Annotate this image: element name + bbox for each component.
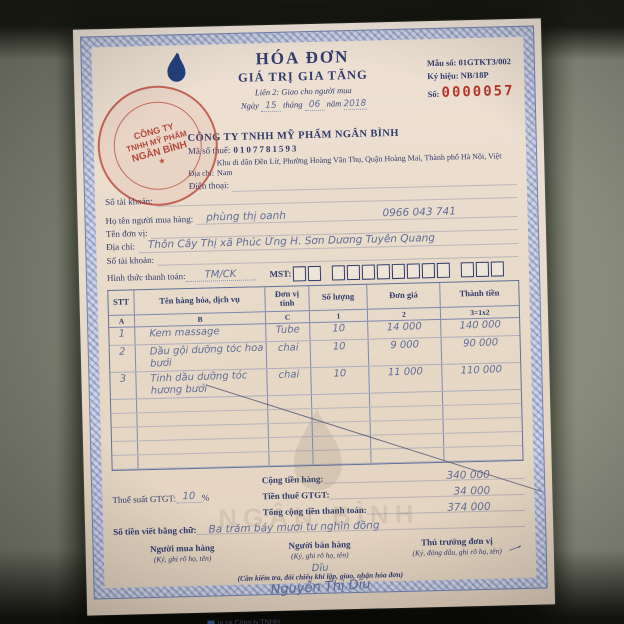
invoice-title: HÓA ĐƠN	[237, 47, 367, 70]
form-value: 01GTKT3/002	[458, 56, 511, 67]
col-header-qty: Số lượng	[309, 284, 368, 309]
mst-box	[362, 264, 375, 279]
amount-in-words-field: Ba trăm bảy mươi tư nghìn đồng	[197, 526, 526, 535]
mst-label: MST:	[269, 269, 291, 280]
payment-label: Hình thức thanh toán:	[107, 271, 186, 283]
vat-rate-label: Thuế suất GTGT:	[112, 493, 176, 505]
col-header-price: Đơn giá	[367, 283, 441, 309]
item-price: 9 000	[371, 338, 439, 352]
invoice-header: CÔNG TY TNHH MỸ PHẨM NGÂN BÌNH ★ HÓA ĐƠN…	[101, 41, 515, 135]
percent-sign: %	[202, 492, 210, 502]
code-price: 2	[368, 308, 441, 321]
buyer-section: Họ tên người mua hàng: phùng thị oanh 09…	[105, 206, 519, 286]
item-stt: 2	[112, 346, 133, 358]
grand-total-handwritten: 374 000	[447, 500, 491, 513]
buyer-name-handwritten: phùng thị oanh	[206, 210, 286, 225]
serial-label: Ký hiệu:	[427, 70, 459, 81]
mst-box	[347, 265, 360, 280]
vat-handwritten: 34 000	[453, 484, 490, 497]
item-name: Kem massage	[149, 324, 263, 339]
seller-tax-code: 0107781593	[233, 143, 298, 156]
date-month-label: tháng	[283, 99, 303, 109]
stamp-star-icon: ★	[158, 157, 166, 166]
invoice-paper: CÔNG TY TNHH MỸ PHẨM NGÂN BÌNH ★ HÓA ĐƠN…	[73, 18, 555, 615]
water-drop-logo-icon	[163, 51, 188, 89]
number-label: Số:	[428, 88, 440, 98]
item-stt: 3	[112, 373, 133, 385]
subtotal-label: Cộng tiền hàng:	[262, 474, 324, 485]
buyer-address-label: Địa chỉ:	[106, 242, 135, 254]
invoice-subtitle: GIÁ TRỊ GIA TĂNG	[238, 68, 368, 86]
item-name: Dầu gội dưỡng tóc hoa bưởi	[150, 342, 265, 369]
code-unit: C	[266, 311, 310, 323]
item-qty: 10	[312, 322, 365, 335]
number-line: Số: 0000057	[427, 81, 514, 104]
mst-box	[407, 263, 420, 278]
amount-in-words-handwritten: Ba trăm bảy mươi tư nghìn đồng	[208, 519, 379, 535]
item-unit: chai	[269, 342, 308, 355]
item-amount: 90 000	[444, 336, 518, 350]
date-day-handwritten: 15	[261, 101, 281, 112]
mst-box	[476, 261, 489, 276]
date-line: Ngày 15 tháng 06 năm 2018	[239, 98, 369, 113]
buyer-company-label: Tên đơn vị:	[106, 228, 148, 240]
vat-label: Tiền thuế GTGT:	[262, 489, 329, 501]
mst-box	[332, 265, 345, 280]
item-amount: 110 000	[444, 363, 518, 377]
guilloche-border: CÔNG TY TNHH MỸ PHẨM NGÂN BÌNH ★ HÓA ĐƠN…	[80, 26, 548, 600]
payment-handwritten: TM/CK	[185, 269, 255, 283]
code-stt: A	[109, 315, 135, 327]
item-price: 11 000	[371, 365, 439, 379]
date-year-handwritten: 2018	[343, 99, 366, 111]
form-label: Mẫu số:	[427, 57, 457, 68]
col-header-amount: Thành tiền	[440, 281, 519, 307]
mst-box	[293, 266, 306, 281]
code-amount: 3=1x2	[441, 306, 519, 319]
col-header-unit: Đơn vị tính	[265, 286, 310, 311]
amount-in-words-label: Số tiền viết bằng chữ:	[113, 525, 197, 537]
col-header-name: Tên hàng hóa, dịch vụ	[134, 287, 266, 314]
title-block: HÓA ĐƠN GIÁ TRỊ GIA TĂNG Liên 2: Giao ch…	[237, 47, 368, 113]
items-table: NGÂN BÌNH STT Tên hàng hóa, dịch vụ Đơn …	[107, 280, 523, 471]
item-unit: Tube	[268, 324, 307, 337]
buyer-signature-note: (Ký, ghi rõ họ, tên)	[114, 552, 252, 564]
printer-credit-text: In tại Công ty TNHH	[217, 619, 280, 624]
item-amount: 140 000	[443, 318, 517, 332]
code-qty: 1	[310, 309, 368, 321]
date-prefix: Ngày	[241, 100, 259, 110]
mst-box	[422, 263, 435, 278]
mst-box	[377, 264, 390, 279]
mst-box	[461, 262, 474, 277]
item-price: 14 000	[370, 320, 438, 334]
photo-scene: CÔNG TY TNHH MỸ PHẨM NGÂN BÌNH ★ HÓA ĐƠN…	[0, 0, 624, 624]
buyer-phone-handwritten: 0966 043 741	[382, 205, 456, 220]
mst-box	[437, 262, 450, 277]
item-qty: 10	[313, 340, 366, 353]
totals-section: Cộng tiền hàng: 340 000 Thuế suất GTGT: …	[112, 463, 525, 537]
serial-value: NB/18P	[461, 69, 489, 80]
invoice-body: CÔNG TY TNHH MỸ PHẨM NGÂN BÌNH ★ HÓA ĐƠN…	[91, 37, 536, 588]
invoice-number: 0000057	[441, 83, 514, 101]
item-unit: chai	[269, 369, 308, 382]
vat-rate-handwritten: 10	[176, 491, 202, 504]
col-header-stt: STT	[108, 290, 135, 315]
date-month-handwritten: 06	[304, 100, 324, 111]
seller-signature-note: (Ký, ghi rõ họ, tên)	[251, 549, 389, 561]
buyer-name-label: Họ tên người mua hàng:	[105, 214, 193, 227]
copy-note: Liên 2: Giao cho người mua	[238, 85, 368, 98]
date-year-label: năm	[327, 98, 342, 108]
stamp-text: CÔNG TY TNHH MỸ PHẨM NGÂN BÌNH ★	[104, 92, 212, 200]
printer-credit-line: In tại Công ty TNHH	[207, 619, 280, 624]
mst-box	[491, 261, 504, 276]
director-signature-note: (Ký, đóng dấu, ghi rõ họ, tên)	[388, 546, 526, 558]
mst-box	[308, 266, 321, 281]
form-number-line: Mẫu số: 01GTKT3/002	[427, 55, 514, 70]
mst-group: MST:	[269, 261, 504, 282]
item-stt: 1	[111, 328, 132, 340]
item-qty: 10	[313, 367, 366, 380]
printer-logo-icon	[207, 621, 214, 624]
mst-box	[392, 264, 405, 279]
item-name: Tinh dầu dưỡng tóc hương bưởi	[150, 369, 265, 396]
buyer-account-label: Số tài khoản:	[106, 254, 154, 266]
invoice-meta: Mẫu số: 01GTKT3/002 Ký hiệu: NB/18P Số: …	[427, 55, 515, 104]
subtotal-handwritten: 340 000	[446, 469, 490, 482]
